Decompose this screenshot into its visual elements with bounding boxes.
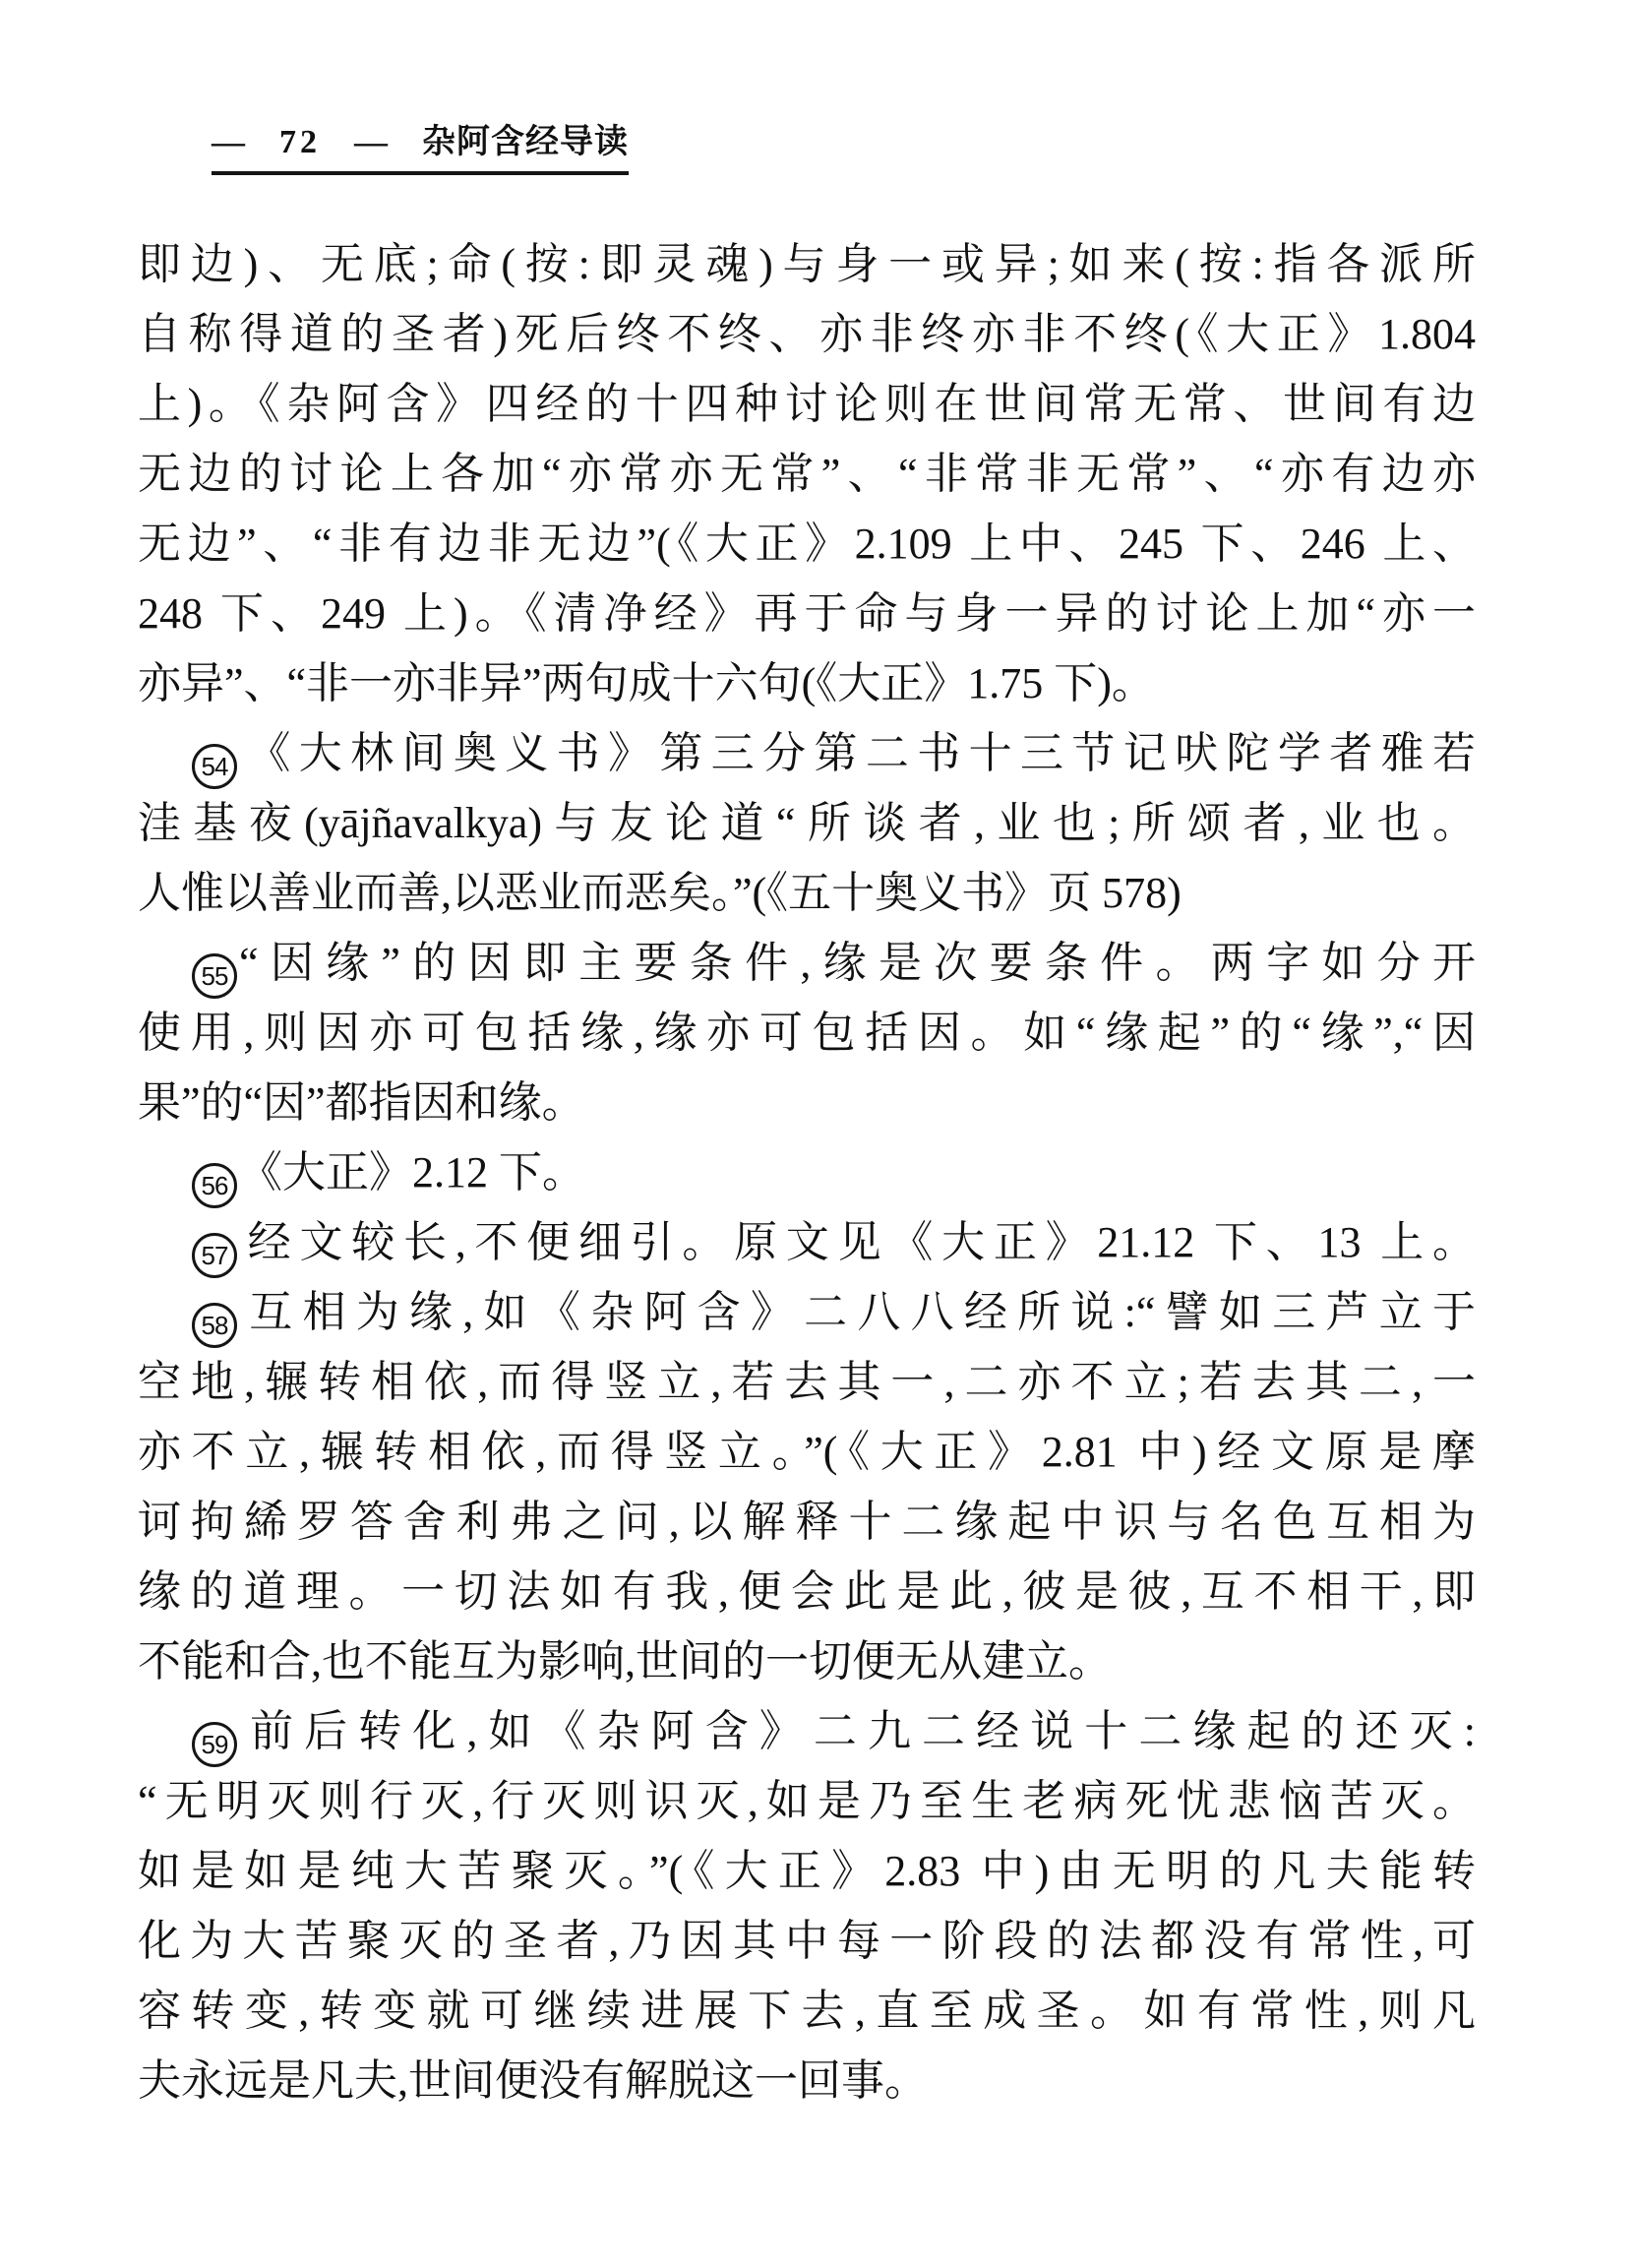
text-line: 亦异”、“非一亦非异”两句成十六句(《大正》1.75 下)。: [138, 648, 1476, 718]
text-line: 人惟以善业而善,以恶业而恶矣。”(《五十奥义书》页 578): [138, 858, 1476, 928]
line-text: 互相为缘,如《杂阿含》二八八经所说:“譬如三芦立于: [239, 1288, 1476, 1336]
line-text: 自称得道的圣者)死后终不终、亦非终亦非不终(《大正》1.804: [138, 310, 1476, 358]
line-text: 诃拘絺罗答舍利弗之问,以解释十二缘起中识与名色互相为: [138, 1498, 1476, 1546]
line-text: 无边的讨论上各加“亦常亦无常”、“非常非无常”、“亦有边亦: [138, 450, 1476, 498]
text-line: 上)。《杂阿含》四经的十四种讨论则在世间常无常、世间有边: [138, 369, 1476, 439]
text-line: 55“因缘”的因即主要条件,缘是次要条件。两字如分开: [138, 928, 1476, 998]
line-text: 上)。《杂阿含》四经的十四种讨论则在世间常无常、世间有边: [138, 380, 1476, 428]
text-line: 亦不立,辗转相依,而得竖立。”(《大正》2.81 中)经文原是摩: [138, 1417, 1476, 1487]
line-text: 《大林间奥义书》第三分第二书十三节记吠陀学者雅若: [239, 729, 1476, 777]
line-text: 经文较长,不便细引。原文见《大正》21.12 下、13 上。: [239, 1218, 1476, 1266]
line-text: 化为大苦聚灭的圣者,乃因其中每一阶段的法都没有常性,可: [138, 1917, 1476, 1965]
line-text: “无明灭则行灭,行灭则识灭,如是乃至生老病死忧悲恼苦灭。: [138, 1777, 1476, 1825]
header-dash-left: —: [212, 124, 246, 161]
text-line: 即边)、无底;命(按:即灵魂)与身一或异;如来(按:指各派所: [138, 229, 1476, 299]
line-text: 空地,辗转相依,而得竖立,若去其一,二亦不立;若去其二,一: [138, 1358, 1476, 1406]
text-line: 果”的“因”都指因和缘。: [138, 1068, 1476, 1137]
footnote-marker: 59: [192, 1722, 237, 1767]
line-text: 人惟以善业而善,以恶业而恶矣。”(《五十奥义书》页 578): [138, 869, 1182, 917]
book-title: 杂阿含经导读: [422, 114, 629, 162]
header-dash-right: —: [354, 124, 389, 161]
line-text: 洼基夜(yājñavalkya)与友论道“所谈者,业也;所颂者,业也。: [138, 799, 1476, 847]
line-text: 亦异”、“非一亦非异”两句成十六句(《大正》1.75 下)。: [138, 659, 1155, 707]
footnote-marker: 55: [192, 953, 237, 999]
text-line: 缘的道理。一切法如有我,便会此是此,彼是彼,互不相干,即: [138, 1557, 1476, 1626]
text-line: 使用,则因亦可包括缘,缘亦可包括因。如“缘起”的“缘”,“因: [138, 998, 1476, 1068]
text-line: 空地,辗转相依,而得竖立,若去其一,二亦不立;若去其二,一: [138, 1347, 1476, 1417]
page-number: 72: [279, 124, 321, 161]
text-line: 57经文较长,不便细引。原文见《大正》21.12 下、13 上。: [138, 1207, 1476, 1277]
line-text: 即边)、无底;命(按:即灵魂)与身一或异;如来(按:指各派所: [138, 240, 1476, 288]
line-text: 缘的道理。一切法如有我,便会此是此,彼是彼,互不相干,即: [138, 1567, 1476, 1616]
line-text: 如是如是纯大苦聚灭。”(《大正》2.83 中)由无明的凡夫能转: [138, 1847, 1476, 1895]
footnote-marker: 58: [192, 1303, 237, 1348]
text-line: 58互相为缘,如《杂阿含》二八八经所说:“譬如三芦立于: [138, 1277, 1476, 1347]
footnote-marker: 54: [192, 744, 237, 789]
line-text: 亦不立,辗转相依,而得竖立。”(《大正》2.81 中)经文原是摩: [138, 1428, 1476, 1476]
text-line: 化为大苦聚灭的圣者,乃因其中每一阶段的法都没有常性,可: [138, 1906, 1476, 1976]
line-text: 无边”、“非有边非无边”(《大正》2.109 上中、245 下、246 上、: [138, 520, 1476, 568]
line-text: 《大正》2.12 下。: [239, 1148, 585, 1196]
footnote-marker: 56: [192, 1163, 237, 1208]
text-line: 56《大正》2.12 下。: [138, 1137, 1476, 1207]
page-body: 即边)、无底;命(按:即灵魂)与身一或异;如来(按:指各派所 自称得道的圣者)死…: [138, 229, 1476, 2115]
text-line: 诃拘絺罗答舍利弗之问,以解释十二缘起中识与名色互相为: [138, 1487, 1476, 1557]
text-line: 54《大林间奥义书》第三分第二书十三节记吠陀学者雅若: [138, 718, 1476, 788]
text-line: 248 下、249 上)。《清净经》再于命与身一异的讨论上加“亦一: [138, 579, 1476, 648]
line-text: 夫永远是凡夫,世间便没有解脱这一回事。: [138, 2056, 928, 2105]
line-text: 果”的“因”都指因和缘。: [138, 1078, 585, 1127]
text-line: 无边的讨论上各加“亦常亦无常”、“非常非无常”、“亦有边亦: [138, 439, 1476, 509]
text-line: 无边”、“非有边非无边”(《大正》2.109 上中、245 下、246 上、: [138, 509, 1476, 579]
text-line: 不能和合,也不能互为影响,世间的一切便无从建立。: [138, 1626, 1476, 1696]
text-line: 如是如是纯大苦聚灭。”(《大正》2.83 中)由无明的凡夫能转: [138, 1836, 1476, 1906]
page-header: — 72 — 杂阿含经导读: [212, 114, 629, 175]
book-page: — 72 — 杂阿含经导读 即边)、无底;命(按:即灵魂)与身一或异;如来(按:…: [0, 0, 1637, 2268]
text-line: 夫永远是凡夫,世间便没有解脱这一回事。: [138, 2046, 1476, 2115]
text-line: 59前后转化,如《杂阿含》二九二经说十二缘起的还灭:: [138, 1696, 1476, 1766]
line-text: 不能和合,也不能互为影响,世间的一切便无从建立。: [138, 1637, 1112, 1686]
text-line: 洼基夜(yājñavalkya)与友论道“所谈者,业也;所颂者,业也。: [138, 788, 1476, 858]
text-line: 自称得道的圣者)死后终不终、亦非终亦非不终(《大正》1.804: [138, 299, 1476, 369]
line-text: 使用,则因亦可包括缘,缘亦可包括因。如“缘起”的“缘”,“因: [138, 1009, 1476, 1057]
line-text: 248 下、249 上)。《清净经》再于命与身一异的讨论上加“亦一: [138, 589, 1476, 638]
text-line: “无明灭则行灭,行灭则识灭,如是乃至生老病死忧悲恼苦灭。: [138, 1766, 1476, 1836]
line-text: “因缘”的因即主要条件,缘是次要条件。两字如分开: [239, 939, 1476, 987]
footnote-marker: 57: [192, 1233, 237, 1278]
line-text: 容转变,转变就可继续进展下去,直至成圣。如有常性,则凡: [138, 1987, 1476, 2035]
line-text: 前后转化,如《杂阿含》二九二经说十二缘起的还灭:: [239, 1707, 1476, 1755]
text-line: 容转变,转变就可继续进展下去,直至成圣。如有常性,则凡: [138, 1976, 1476, 2046]
